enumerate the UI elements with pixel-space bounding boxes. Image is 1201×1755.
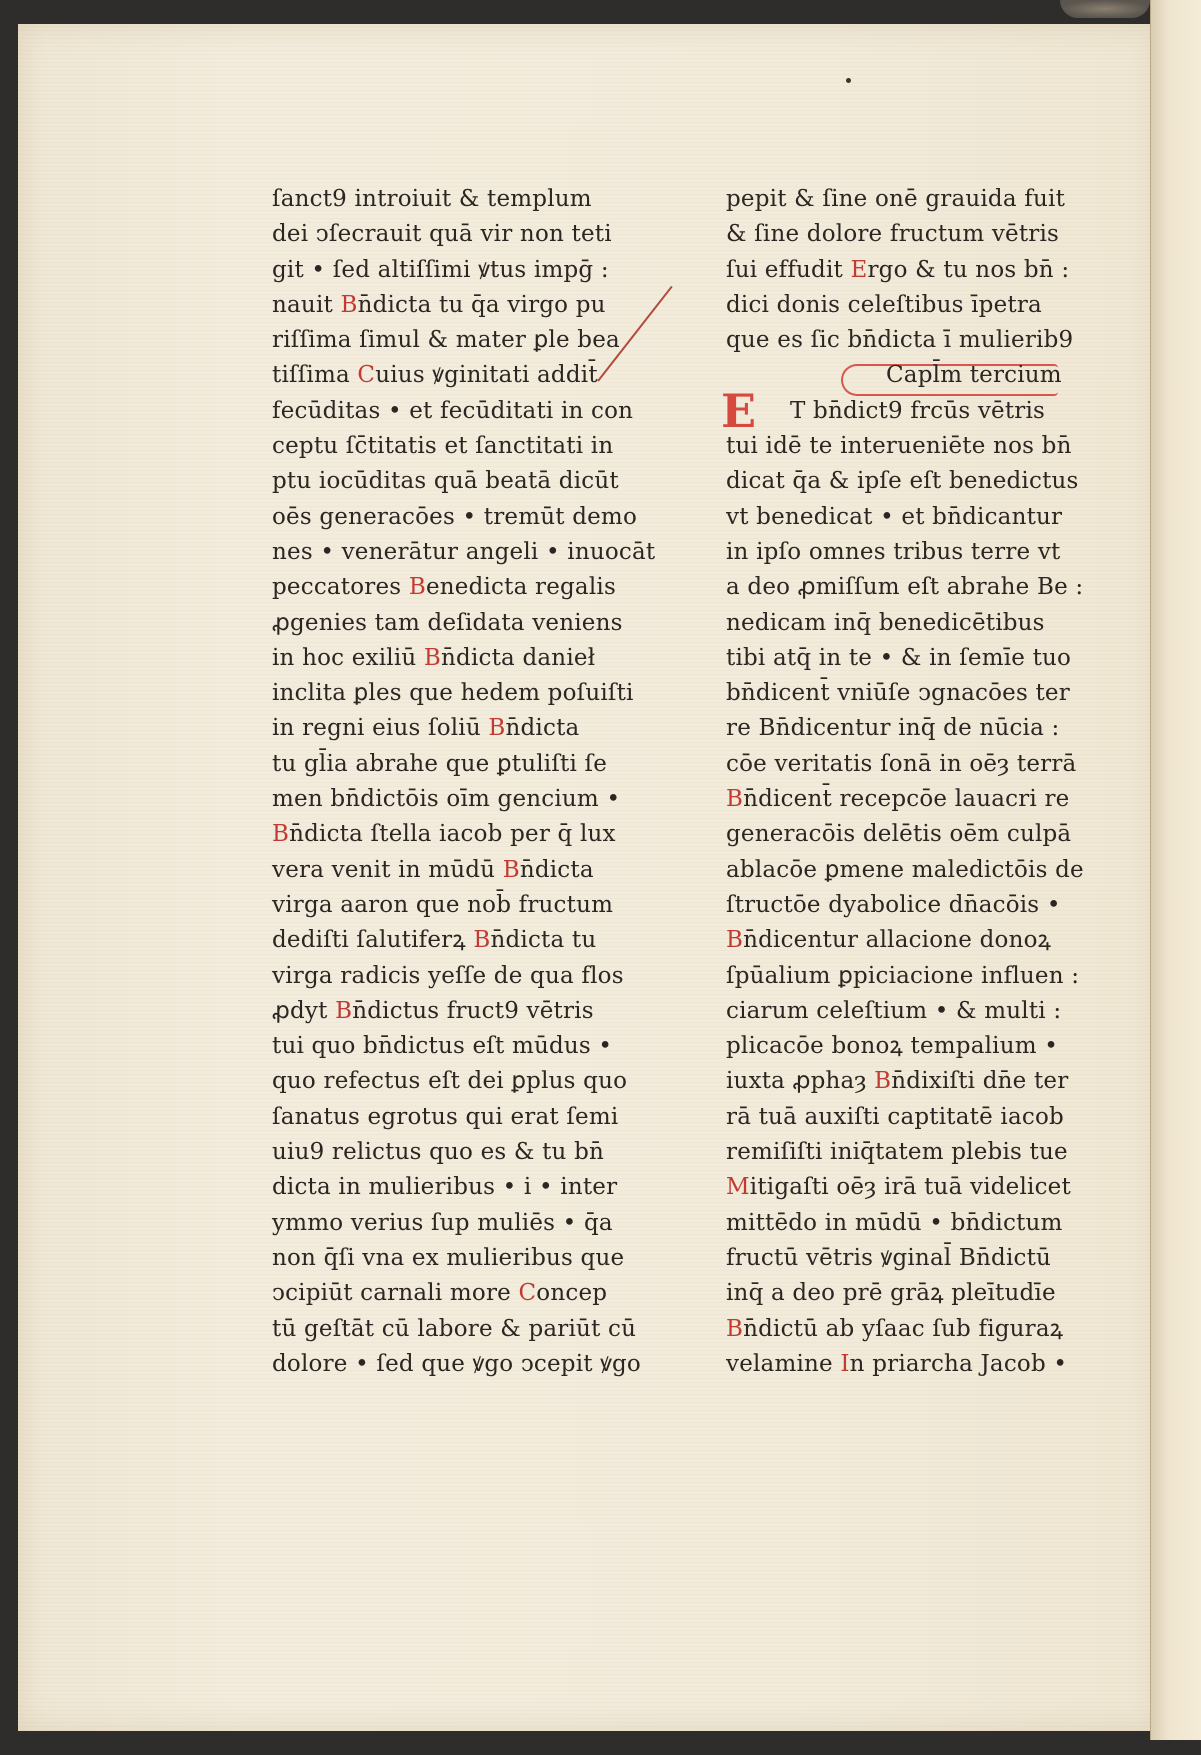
left-text-column: ſanct9 introiuit & templumdei ↄſecrauit … <box>272 182 612 1382</box>
text-line: non q̄ſi vna ex mulieribus que <box>272 1241 612 1276</box>
text-line: quo refectus eſt dei ꝑplus quo <box>272 1064 612 1099</box>
text-line: vt benedicat • et bn̄dicantur <box>726 500 1071 535</box>
text-line: virga radicis yeſſe de qua flos <box>272 959 612 994</box>
text-line: pepit & ſine onē grauida fuit <box>726 182 1071 217</box>
text-line: cōe veritatis ſonā in oēȝ terrā <box>726 747 1071 782</box>
text-line: Bn̄dicta ſtella iacob per q̄ lux <box>272 817 612 852</box>
rubricated-capital: I <box>840 1351 849 1377</box>
text-line: iuxta ꝓphaȝ Bn̄dixiſti dn̄e ter <box>726 1064 1071 1099</box>
text-line: dei ↄſecrauit quā vir non teti <box>272 217 612 252</box>
rubricated-capital: B <box>874 1068 891 1094</box>
text-line: dicat q̄a & ipſe eſt benedictus <box>726 464 1071 499</box>
rubricated-capital: B <box>726 1316 743 1342</box>
text-line: nedicam inq̄ benedicētibus <box>726 606 1071 641</box>
text-line: peccatores Benedicta regalis <box>272 570 612 605</box>
text-line: uiu9 relictus quo es & tu bn̄ <box>272 1135 612 1170</box>
text-line: remiſiſti iniq̄tatem plebis tue <box>726 1135 1071 1170</box>
text-line: velamine In priarcha Jacob • <box>726 1347 1071 1382</box>
right-text-column: pepit & ſine onē grauida fuit& ſine dolo… <box>726 182 1071 1382</box>
rubricated-capital: B <box>503 857 520 883</box>
text-line: ceptu ſc̄titatis et ſanctitati in <box>272 429 612 464</box>
text-line: men bn̄dictōis oīm gencium • <box>272 782 612 817</box>
text-line: ptu iocūditas quā beatā dicūt <box>272 464 612 499</box>
rubricated-capital: B <box>424 645 441 671</box>
ink-speck <box>846 78 851 83</box>
text-line: tū geſtāt cū labore & pariūt cū <box>272 1312 612 1347</box>
text-line: inclita ꝑles que hedem poſuiſti <box>272 676 612 711</box>
rubricated-capital: B <box>335 998 352 1024</box>
text-line: oēs generacōes • tremūt demo <box>272 500 612 535</box>
rubricated-capital: B <box>340 292 357 318</box>
text-line: fecūditas • et fecūditati in con <box>272 394 612 429</box>
text-line: que es ſic bn̄dicta ī mulierib9 <box>726 323 1071 358</box>
text-line: ET bn̄dict9 frcūs vētris <box>726 394 1071 429</box>
text-line: tiſſima Cuius ꝟginitati addit̄ <box>272 358 612 393</box>
text-line: ſtructōe dyabolice dn̄acōis • <box>726 888 1071 923</box>
text-line: & ſine dolore fructum vētris <box>726 217 1071 252</box>
chapter-heading: Capl̄m tercium <box>886 358 1062 393</box>
text-line: a deo ꝓmiſſum eſt abrahe Be : <box>726 570 1071 605</box>
chapter-heading-line: Capl̄m tercium <box>726 358 1071 393</box>
text-line: ↄcipiūt carnali more Concep <box>272 1276 612 1311</box>
text-line: git • ſed altiſſimi ꝟtus impḡ : <box>272 253 612 288</box>
text-line: inq̄ a deo prē grāꝝ pleītudīe <box>726 1276 1071 1311</box>
decorated-initial: E <box>721 388 756 434</box>
text-line: fructū vētris ꝟginal̄ Bn̄dictū <box>726 1241 1071 1276</box>
text-line: riſſima ſimul & mater ꝑle bea <box>272 323 612 358</box>
rubricated-capital: B <box>726 927 743 953</box>
text-line: vera venit in mūdū Bn̄dicta <box>272 853 612 888</box>
text-line: tui idē te interueniēte nos bn̄ <box>726 429 1071 464</box>
text-line: bn̄dicent̄ vniūſe ↄgnacōes ter <box>726 676 1071 711</box>
text-line: Bn̄dicent̄ recepcōe lauacri re <box>726 782 1071 817</box>
rubricated-capital: M <box>726 1174 750 1200</box>
text-line: virga aaron que nob̄ fructum <box>272 888 612 923</box>
text-line: ꝓdyt Bn̄dictus fruct9 vētris <box>272 994 612 1029</box>
rubricated-capital: B <box>488 715 505 741</box>
text-line: mittēdo in mūdū • bn̄dictum <box>726 1206 1071 1241</box>
text-line: Bn̄dicentur allacione donoꝝ <box>726 923 1071 958</box>
text-line: ſanatus egrotus qui erat ſemi <box>272 1100 612 1135</box>
text-line: Bn̄dictū ab yſaac ſub figuraꝝ <box>726 1312 1071 1347</box>
text-line: dediſti ſalutiferꝝ Bn̄dicta tu <box>272 923 612 958</box>
text-line: ſpūalium ꝑpiciacione influen : <box>726 959 1071 994</box>
text-line: ablacōe ꝑmene maledictōis de <box>726 853 1071 888</box>
adjacent-page-edge <box>1150 0 1201 1740</box>
text-line: dolore • ſed que ꝟgo ↄcepit ꝟgo <box>272 1347 612 1382</box>
text-line: tui quo bn̄dictus eſt mūdus • <box>272 1029 612 1064</box>
text-line: generacōis delētis oēm culpā <box>726 817 1071 852</box>
page-corner-curl <box>1060 0 1150 18</box>
text-line: dici donis celeſtibus īpetra <box>726 288 1071 323</box>
text-line: ymmo verius ſup muliēs • q̄a <box>272 1206 612 1241</box>
text-line: ꝓgenies tam deſidata veniens <box>272 606 612 641</box>
text-line: plicacōe bonoꝝ tempalium • <box>726 1029 1071 1064</box>
text-line: ſui effudit Ergo & tu nos bn̄ : <box>726 253 1071 288</box>
text-line: tu gl̄ia abrahe que ꝑtuliſti ſe <box>272 747 612 782</box>
rubricated-capital: B <box>272 821 289 847</box>
text-line: in hoc exiliū Bn̄dicta danieł <box>272 641 612 676</box>
text-line: re Bn̄dicentur inq̄ de nūcia : <box>726 711 1071 746</box>
rubricated-capital: B <box>726 786 743 812</box>
text-line: rā tuā auxiſti captitatē iacob <box>726 1100 1071 1135</box>
text-line: ciarum celeſtium • & multi : <box>726 994 1071 1029</box>
text-line: tibi atq̄ in te • & in ſemīe tuo <box>726 641 1071 676</box>
text-line: ſanct9 introiuit & templum <box>272 182 612 217</box>
text-line: nes • venerātur angeli • inuocāt <box>272 535 612 570</box>
rubricated-capital: E <box>850 257 867 283</box>
text-line: dicta in mulieribus • i • inter <box>272 1170 612 1205</box>
text-line: in ipſo omnes tribus terre vt <box>726 535 1071 570</box>
rubricated-capital: C <box>518 1280 536 1306</box>
text-line: Mitigaſti oēȝ irā tuā videlicet <box>726 1170 1071 1205</box>
rubricated-capital: C <box>357 362 375 388</box>
text-line: in regni eius ſoliū Bn̄dicta <box>272 711 612 746</box>
text-line: nauit Bn̄dicta tu q̄a virgo pu <box>272 288 612 323</box>
rubricated-capital: B <box>473 927 490 953</box>
rubricated-capital: B <box>409 574 426 600</box>
